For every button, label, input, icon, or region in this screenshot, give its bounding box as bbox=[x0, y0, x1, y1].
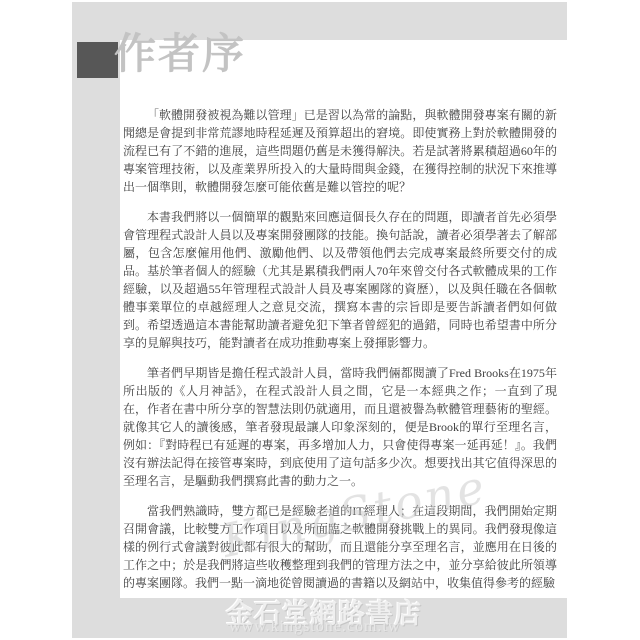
preface-paragraph: 當我們熟識時，雙方都已是經驗老道的IT經理人；在這段期間，我們開始定期召開會議，… bbox=[123, 502, 557, 592]
preface-paragraph: 「軟體開發被視為難以管理」已是習以為常的論點，與軟體開發專案有關的新聞總是會提到… bbox=[123, 106, 557, 196]
preface-text: 「軟體開發被視為難以管理」已是習以為常的論點，與軟體開發專案有關的新聞總是會提到… bbox=[123, 106, 557, 604]
page-title: 作者序 bbox=[114, 30, 246, 80]
preface-paragraph: 本書我們將以一個簡單的觀點來回應這個長久存在的問題，即讀者首先必須學會管理程式設… bbox=[123, 208, 557, 352]
scanned-page-canvas: 作者序 「軟體開發被視為難以管理」已是習以為常的論點，與軟體開發專案有關的新聞總… bbox=[0, 0, 640, 640]
preface-paragraph: 筆者們早期皆是擔任程式設計人員，當時我們倆都閱讀了Fred Brooks在197… bbox=[123, 364, 557, 490]
kingstone-url-watermark: www.kingstone.com.tw bbox=[229, 618, 400, 636]
header-square-decor bbox=[77, 42, 118, 78]
